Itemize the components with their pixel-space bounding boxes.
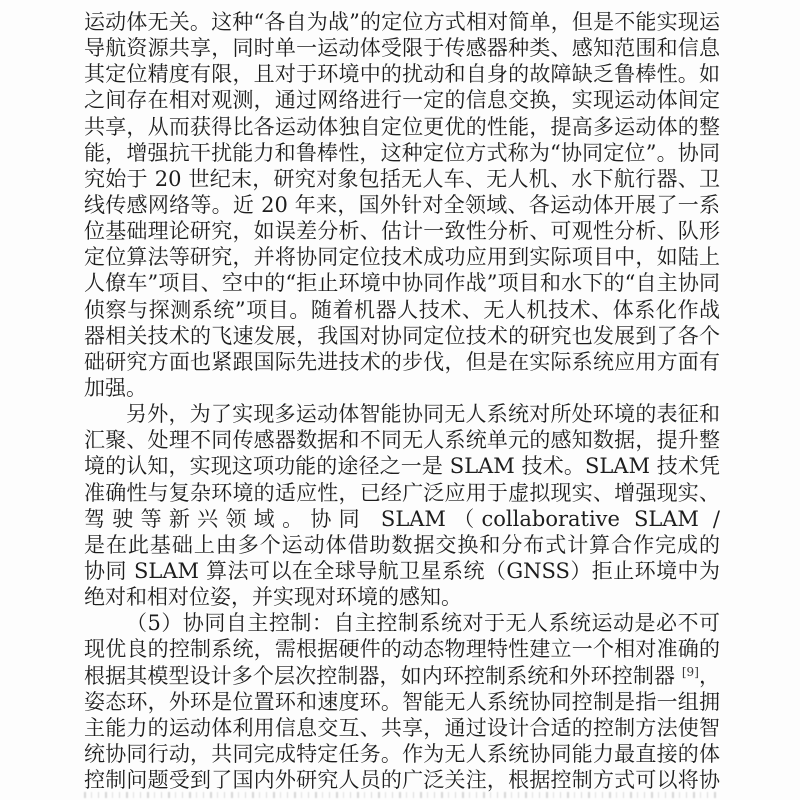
text-line-with-citation: 根据其模型设计多个层次控制器，如内环控制系统和外环控制器 [9]，内环为 <box>84 663 720 689</box>
text-line: 控制问题受到了国内外研究人员的广泛关注，根据控制方式可以将协同控制分 <box>84 767 720 793</box>
scanned-book-page: 运动体无关。这种“各自为战”的定位方式相对简单，但是不能实现运动体间的 导航资源… <box>0 0 800 800</box>
text-line: 汇聚、处理不同传感器数据和不同无人系统单元的感知数据，提升整个系统对环 <box>84 427 720 453</box>
text-line: 侦察与探测系统”项目。随着机器人技术、无人机技术、体系化作战技术和航天 <box>84 297 720 323</box>
text-line: 加强。 <box>84 375 720 401</box>
text-line: 境的认知，实现这项功能的途径之一是 SLAM 技术。SLAM 技术凭借其实时性、 <box>84 453 720 479</box>
text-line: 统协同行动，共同完成特定任务。作为无人系统协同能力最直接的体现，协同 <box>84 741 720 767</box>
text-segment: 根据其模型设计多个层次控制器，如内环控制系统和外环控制器 <box>84 664 682 688</box>
text-line: 础研究方面也紧跟国际先进技术的步伐，但是在实际系统应用方面有待进一步 <box>84 349 720 375</box>
text-line: 主能力的运动体利用信息交互、共享，通过设计合适的控制方法使智能无人系 <box>84 715 720 741</box>
text-line: 位基础理论研究，如误差分析、估计一致性分析、可观性分析、队形优化和协同 <box>84 218 720 244</box>
text-line: 驾驶等新兴领域。协同 SLAM（collaborative SLAM / coo… <box>84 506 720 532</box>
text-line: 导航资源共享，同时单一运动体受限于传感器种类、感知范围和信息处理能力， <box>84 35 720 61</box>
text-line: 另外，为了实现多运动体智能协同无人系统对所处环境的表征和理解，通过 <box>84 401 720 427</box>
text-line: 准确性与复杂环境的适应性，已经广泛应用于虚拟现实、增强现实、运动体、无人 <box>84 480 720 506</box>
text-line: 能，增强抗干扰能力和鲁棒性，这种定位方式称为“协同定位”。协同定位的研 <box>84 140 720 166</box>
text-line: 定位算法等研究，并将协同定位技术成功应用到实际项目中，如陆上的“机器 <box>84 244 720 270</box>
text-line: 绝对和相对位姿，并实现对环境的感知。 <box>84 584 720 610</box>
body-text-block: 运动体无关。这种“各自为战”的定位方式相对简单，但是不能实现运动体间的 导航资源… <box>84 9 720 793</box>
text-line: 运动体无关。这种“各自为战”的定位方式相对简单，但是不能实现运动体间的 <box>84 9 720 35</box>
text-line: 现优良的控制系统，需根据硬件的动态物理特性建立一个相对准确的数学模型， <box>84 636 720 662</box>
text-line: 协同 SLAM 算法可以在全球导航卫星系统（GNSS）拒止环境中为各运动体提供 <box>84 558 720 584</box>
text-line: 之间存在相对观测，通过网络进行一定的信息交换，实现运动体间定位资源的 <box>84 87 720 113</box>
citation-ref: [9] <box>682 665 699 679</box>
text-line: 姿态环，外环是位置环和速度环。智能无人系统协同控制是指一组拥有一定自 <box>84 689 720 715</box>
text-line: 是在此基础上由多个运动体借助数据交换和分布式计算合作完成的 SLAM 算法。 <box>84 532 720 558</box>
text-line: 器相关技术的飞速发展，我国对协同定位技术的研究也发展到了各个领域，基 <box>84 323 720 349</box>
text-line: 人僚车”项目、空中的“拒止环境中协同作战”项目和水下的“自主协同的分散 <box>84 270 720 296</box>
text-line: 线传感网络等。近 20 年来，国外针对全领域、各运动体开展了一系列的协同定 <box>84 192 720 218</box>
text-line: 究始于 20 世纪末，研究对象包括无人车、无人机、水下航行器、卫星、导弹、无 <box>84 166 720 192</box>
text-line: 共享，从而获得比各运动体独自定位更优的性能，提高多运动体的整体定位性 <box>84 114 720 140</box>
clipped-next-line-fragment <box>84 792 720 798</box>
text-line: 其定位精度有限，且对于环境中的扰动和自身的故障缺乏鲁棒性。如果运动体 <box>84 61 720 87</box>
text-line: （5）协同自主控制：自主控制系统对于无人系统运动是必不可少的，为实 <box>84 610 720 636</box>
